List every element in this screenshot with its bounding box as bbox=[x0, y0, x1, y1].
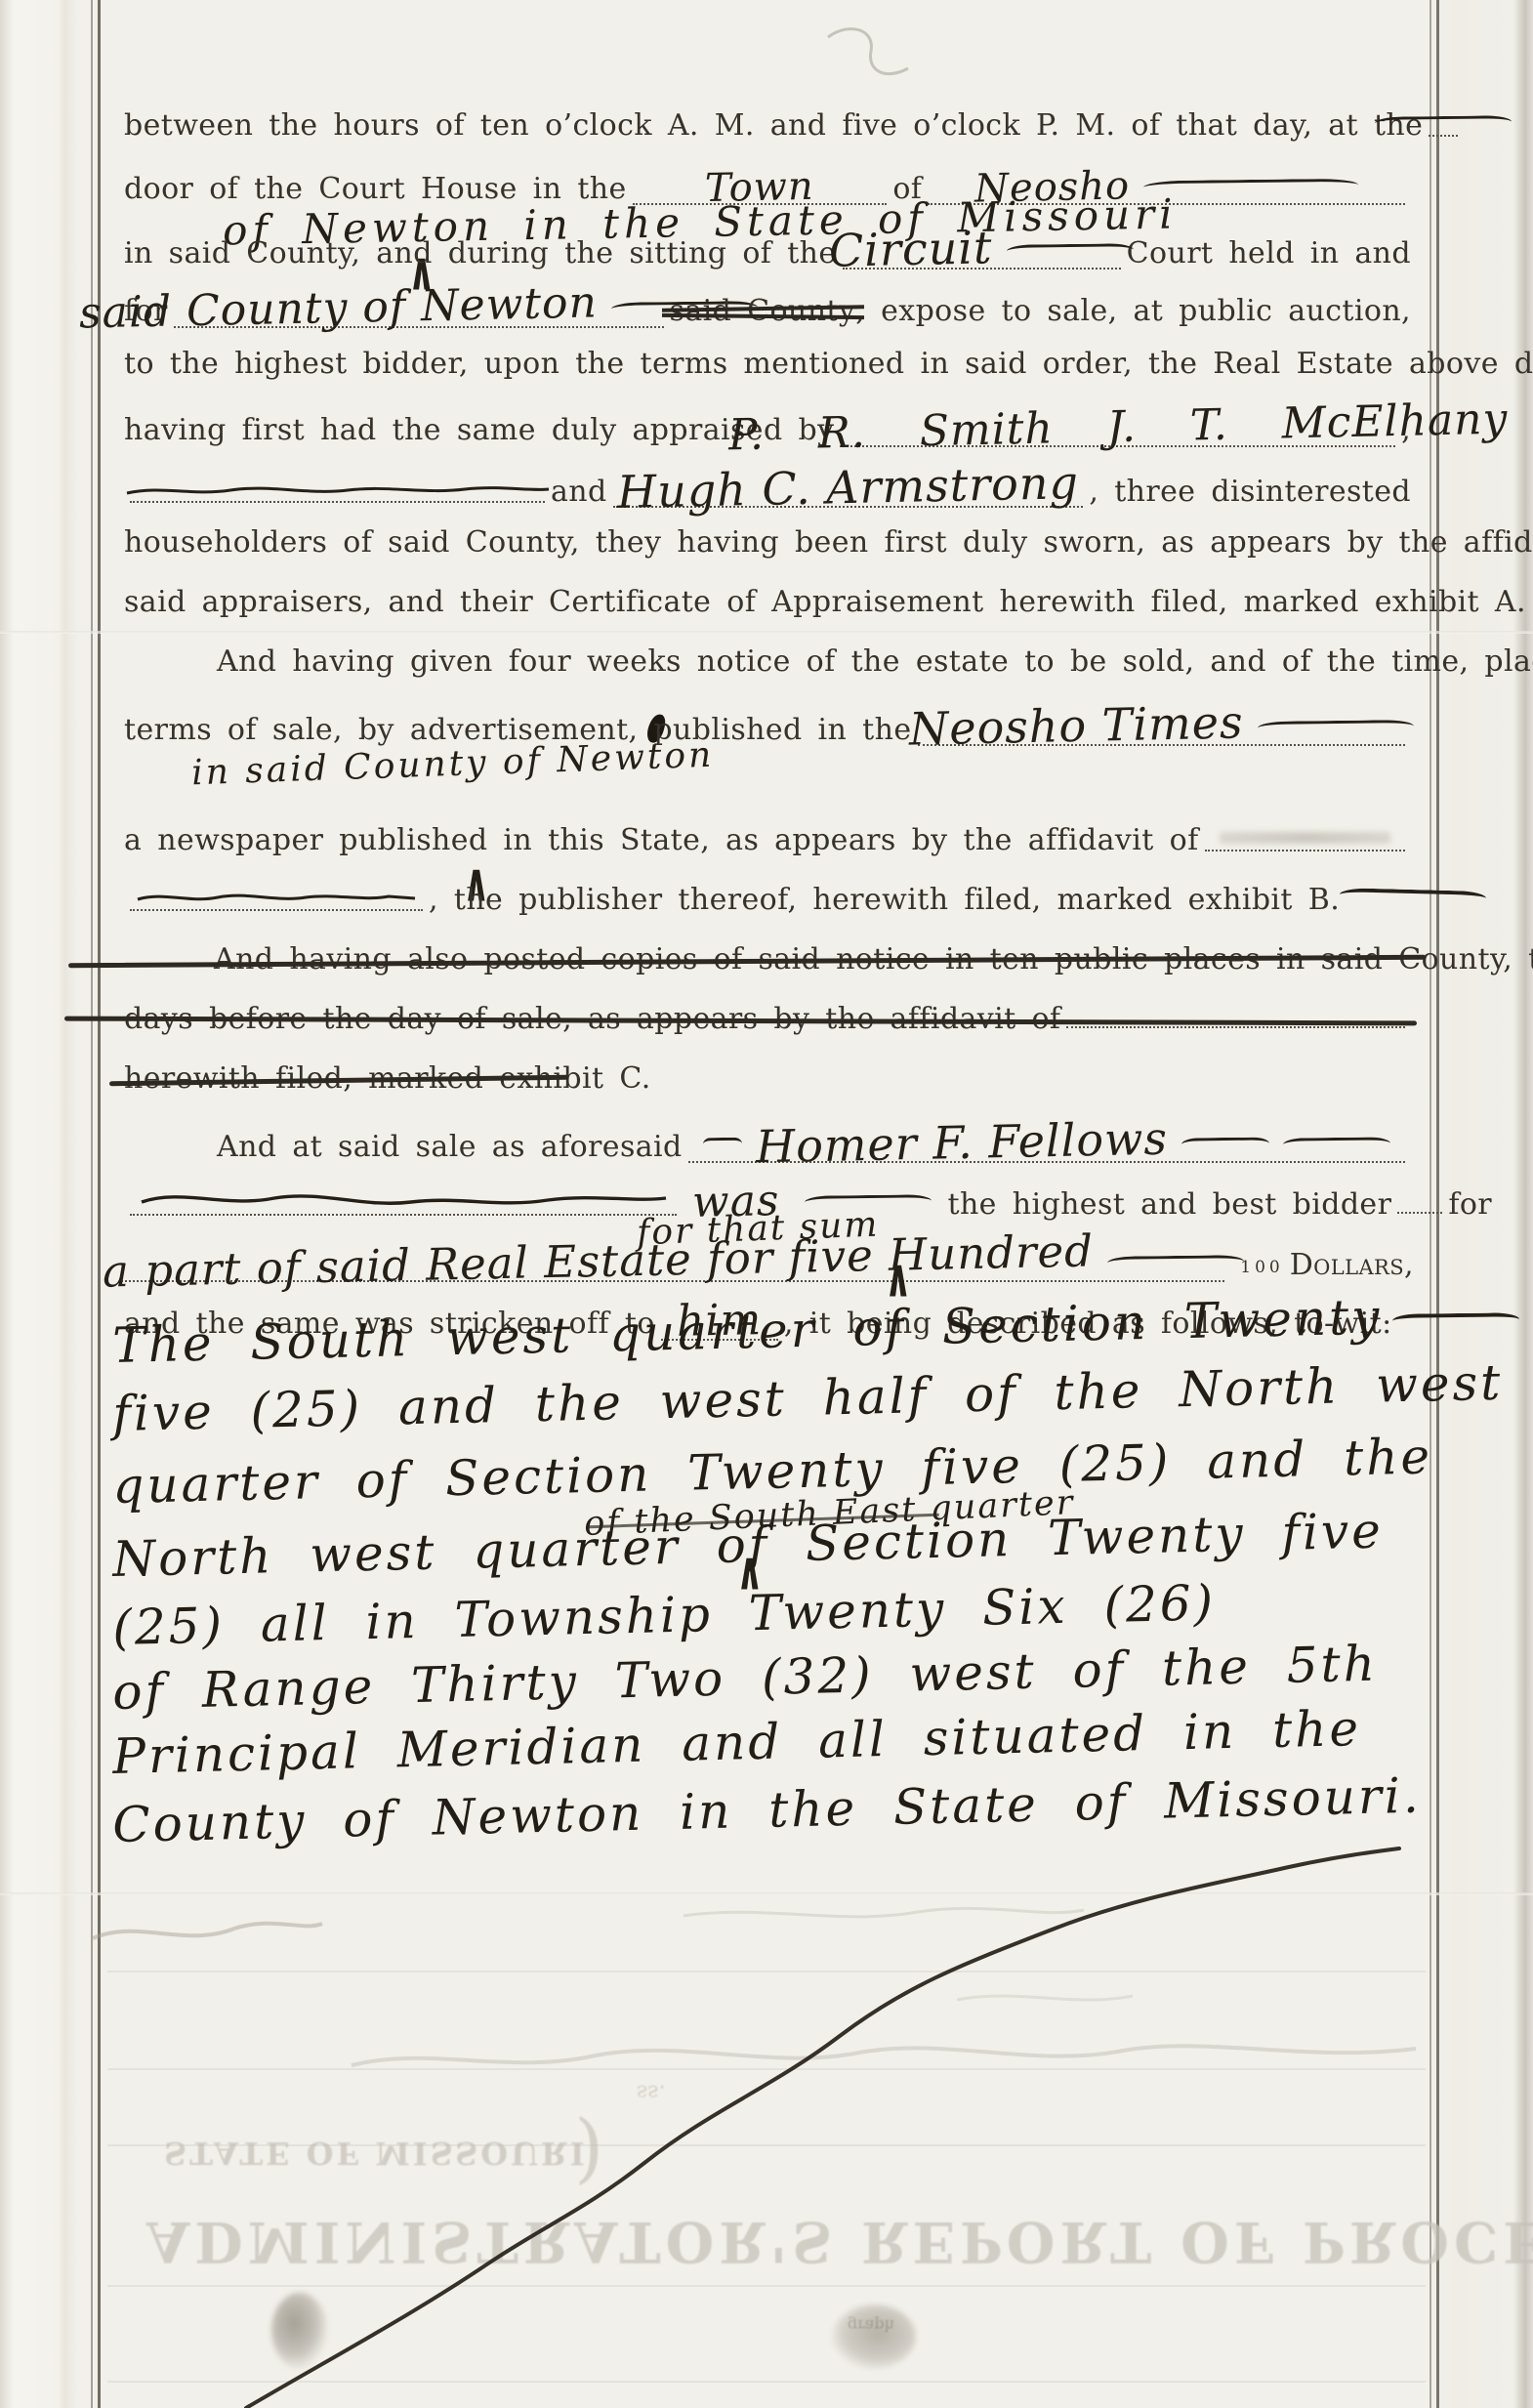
printed-text: and bbox=[551, 475, 607, 509]
blank-fill: Neosho Times bbox=[918, 704, 1405, 746]
blank-fill: said County of Newton bbox=[174, 287, 664, 328]
handwritten-bidder-name: Homer F. Fellows bbox=[755, 1119, 1168, 1168]
ink-smudge bbox=[271, 2293, 328, 2369]
handwritten-appraisers: P. R. Smith J. T. McElhany bbox=[727, 400, 1508, 455]
paper-crease bbox=[0, 631, 1533, 634]
blank-fill: Homer F. Fellows bbox=[688, 1121, 1405, 1163]
hand-squiggle-line bbox=[138, 1186, 670, 1212]
blank-fill bbox=[1429, 122, 1458, 137]
form-line-13: , the publisher thereof, herewith filed,… bbox=[124, 883, 1411, 917]
form-line-12: a newspaper published in this State, as … bbox=[124, 823, 1411, 857]
handwritten-neosho-times: Neosho Times bbox=[909, 702, 1244, 750]
printed-text: Court held in and bbox=[1127, 236, 1411, 270]
hand-squiggle-line bbox=[123, 481, 553, 499]
blank-fill bbox=[1397, 1212, 1442, 1214]
blank-fill bbox=[130, 892, 423, 911]
verso-rule-line bbox=[107, 2381, 1426, 2383]
handwritten-circuit: Circuit bbox=[829, 228, 993, 271]
printed-text: , expose to sale, at public auction, bbox=[855, 294, 1411, 328]
hand-dash bbox=[703, 1138, 742, 1150]
hand-dash bbox=[1375, 115, 1512, 130]
form-line-3: in said County, and during the sitting o… bbox=[124, 228, 1411, 270]
handwritten-amount: a part of said Real Estate for five Hund… bbox=[102, 1231, 1094, 1292]
printed-text: a newspaper published in this State, as … bbox=[124, 823, 1199, 857]
printed-text: And at said sale as aforesaid bbox=[217, 1130, 683, 1164]
faded-smudge bbox=[1220, 832, 1390, 844]
form-line-1: between the hours of ten o’clock A. M. a… bbox=[124, 108, 1411, 143]
hand-dash bbox=[1107, 1255, 1244, 1269]
blank-fill: Circuit bbox=[843, 228, 1121, 270]
handwritten-armstrong: Hugh C. Armstrong bbox=[617, 463, 1080, 513]
hand-dash bbox=[1391, 1312, 1518, 1328]
printed-text: for bbox=[1448, 1187, 1492, 1222]
printed-text: to the highest bidder, upon the terms me… bbox=[124, 347, 1533, 381]
blank-fill: Hugh C. Armstrong bbox=[613, 466, 1084, 508]
printed-text: between the hours of ten o’clock A. M. a… bbox=[124, 108, 1423, 143]
hand-dash bbox=[1283, 1137, 1390, 1150]
verso-rule-line bbox=[107, 2068, 1426, 2070]
struck-said-county: said County bbox=[670, 294, 856, 328]
blank-fill bbox=[130, 1188, 677, 1216]
document-page: between the hours of ten o’clock A. M. a… bbox=[0, 0, 1533, 2408]
form-line-4: for said County of Newton said County , … bbox=[124, 287, 1411, 328]
form-line-17: And at said sale as aforesaid Homer F. F… bbox=[217, 1121, 1411, 1164]
paper-crease bbox=[0, 1892, 1533, 1895]
printed-text: in said County, and during the sitting o… bbox=[124, 236, 837, 270]
ink-smudge bbox=[832, 2304, 916, 2369]
caret-mark: ∧ bbox=[885, 1253, 912, 1306]
left-margin-rule-inner bbox=[98, 0, 101, 2408]
hand-squiggle-line bbox=[135, 890, 418, 907]
printed-text: said appraisers, and their Certificate o… bbox=[124, 585, 1526, 619]
hand-dash bbox=[1257, 720, 1413, 734]
bleedthrough-title: ADMINISTRATOR'S REPORT OF PROCEEDINGS bbox=[146, 2209, 1357, 2274]
form-line-7: and Hugh C. Armstrong , three disinteres… bbox=[124, 466, 1411, 509]
blank-fill bbox=[1205, 838, 1405, 851]
blank-fill: P. R. Smith J. T. McElhany bbox=[840, 406, 1395, 447]
bleedthrough-bracket: ) bbox=[574, 2109, 603, 2197]
interlined-insert-for-that-sum: for that sum bbox=[636, 1205, 880, 1254]
form-line-8: householders of said County, they having… bbox=[124, 525, 1411, 560]
hand-dash bbox=[1340, 888, 1486, 905]
form-line-9: said appraisers, and their Certificate o… bbox=[124, 585, 1411, 619]
printed-text: , three disinterested bbox=[1089, 475, 1411, 509]
verso-rule-line bbox=[107, 2285, 1426, 2287]
form-line-5: to the highest bidder, upon the terms me… bbox=[124, 347, 1411, 381]
hand-dash bbox=[1181, 1137, 1269, 1150]
verso-rule-line bbox=[107, 1971, 1426, 1972]
printed-text: householders of said County, they having… bbox=[124, 525, 1533, 560]
hand-dash bbox=[1007, 243, 1134, 258]
printed-text: , the publisher thereof, herewith filed,… bbox=[429, 883, 1340, 917]
form-line-10: And having given four weeks notice of th… bbox=[217, 644, 1411, 679]
blank-fill bbox=[130, 483, 545, 503]
handwritten-county-of-newton: said County of Newton bbox=[79, 283, 599, 333]
form-line-6: having first had the same duly appraised… bbox=[124, 406, 1411, 447]
blank-fill bbox=[1066, 1026, 1405, 1028]
form-line-11: terms of sale, by advertisement, publish… bbox=[124, 704, 1411, 747]
printed-dollars: Dollars, bbox=[1290, 1248, 1414, 1282]
bleedthrough-state-of-missouri: STATE OF MISSOURI bbox=[164, 2135, 588, 2172]
printed-text: And having given four weeks notice of th… bbox=[217, 644, 1533, 679]
left-margin-rule-outer bbox=[91, 0, 93, 2408]
printed-text: the highest and best bidder bbox=[947, 1187, 1391, 1222]
printed-cents: 100 bbox=[1240, 1258, 1283, 1277]
bleedthrough-ss: ss. bbox=[637, 2080, 666, 2104]
